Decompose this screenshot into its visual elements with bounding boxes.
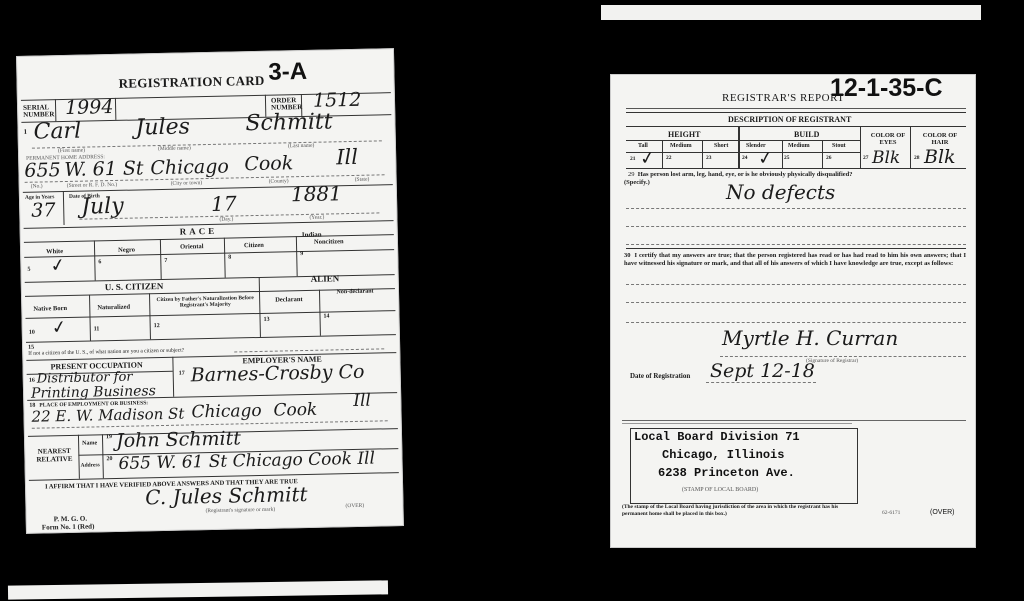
alien-header: ALIEN bbox=[311, 273, 340, 284]
form-code-line2: Form No. 1 (Red) bbox=[42, 522, 95, 531]
card-title: REGISTRATION CARD bbox=[118, 73, 264, 92]
nearest-relative-label: NEAREST RELATIVE bbox=[34, 447, 74, 464]
age-value: 37 bbox=[31, 199, 56, 222]
registration-card-front: REGISTRATION CARD 3-A SERIAL NUMBER 1994… bbox=[16, 48, 404, 534]
stamp-footnote: (The stamp of the Local Board having jur… bbox=[622, 504, 852, 517]
place-county: Cook bbox=[273, 400, 317, 421]
hair-color-value: Blk bbox=[924, 146, 956, 168]
stamp-line3: 6238 Princeton Ave. bbox=[658, 466, 795, 480]
q29-text: 29 Has person lost arm, leg, hand, eye, … bbox=[628, 171, 853, 178]
home-city: Chicago bbox=[150, 156, 229, 180]
card-class-stamp: 3-A bbox=[268, 58, 307, 87]
q15-text: If not a citizen of the U. S., of what n… bbox=[28, 348, 184, 357]
date-of-registration-value: Sept 12-18 bbox=[710, 360, 815, 382]
us-citizen-header: U. S. CITIZEN bbox=[105, 281, 164, 292]
home-street: W. 61 St bbox=[64, 157, 144, 181]
dob-year: 1881 bbox=[291, 181, 342, 206]
stamp-line2: Chicago, Illinois bbox=[662, 448, 784, 462]
relative-address: 655 W. 61 St Chicago Cook Ill bbox=[118, 449, 375, 474]
report-stamp: 12-1-35-C bbox=[830, 74, 943, 103]
middle-name: Jules bbox=[135, 114, 190, 140]
place-address: 22 E. W. Madison St bbox=[31, 405, 184, 426]
home-county: Cook bbox=[244, 152, 293, 175]
place-state: Ill bbox=[353, 391, 371, 411]
employer-name: Barnes-Crosby Co bbox=[190, 361, 364, 387]
relative-name: John Schmitt bbox=[116, 427, 241, 452]
home-number: 655 bbox=[24, 159, 61, 182]
date-of-registration-label: Date of Registration bbox=[630, 372, 690, 380]
registrars-report-back: REGISTRAR'S REPORT 12-1-35-C DESCRIPTION… bbox=[610, 74, 976, 548]
home-state: Ill bbox=[336, 145, 358, 169]
order-number-value: 1512 bbox=[313, 89, 362, 112]
height-tall-checkmark: ✓ bbox=[639, 147, 657, 170]
q29-answer: No defects bbox=[726, 180, 835, 204]
top-paper-strip bbox=[601, 5, 981, 20]
build-slender-checkmark: ✓ bbox=[757, 147, 775, 170]
race-white-checkmark: ✓ bbox=[49, 254, 67, 277]
over-label: (OVER) bbox=[930, 509, 955, 516]
serial-number-value: 1994 bbox=[65, 96, 114, 119]
form-code: 62-6171 bbox=[882, 510, 900, 516]
first-name: Carl bbox=[33, 119, 81, 145]
place-city: Chicago bbox=[191, 401, 262, 422]
native-born-checkmark: ✓ bbox=[50, 316, 68, 339]
last-name: Schmitt bbox=[245, 109, 333, 136]
race-header: RACE bbox=[180, 226, 218, 237]
dob-day: 17 bbox=[211, 191, 237, 216]
q30-text: 30 I certify that my answers are true; t… bbox=[624, 252, 966, 268]
report-title: REGISTRAR'S REPORT bbox=[722, 92, 844, 104]
stamp-line1: Local Board Division 71 bbox=[634, 430, 800, 444]
dob-month: July bbox=[81, 194, 124, 220]
serial-number-label: SERIAL NUMBER bbox=[23, 104, 53, 119]
registrar-signature: Myrtle H. Curran bbox=[722, 326, 898, 350]
eye-color-value: Blk bbox=[872, 148, 900, 168]
description-header: DESCRIPTION OF REGISTRANT bbox=[728, 115, 851, 124]
registrant-signature: C. Jules Schmitt bbox=[145, 482, 308, 509]
bottom-paper-strip bbox=[8, 580, 388, 599]
